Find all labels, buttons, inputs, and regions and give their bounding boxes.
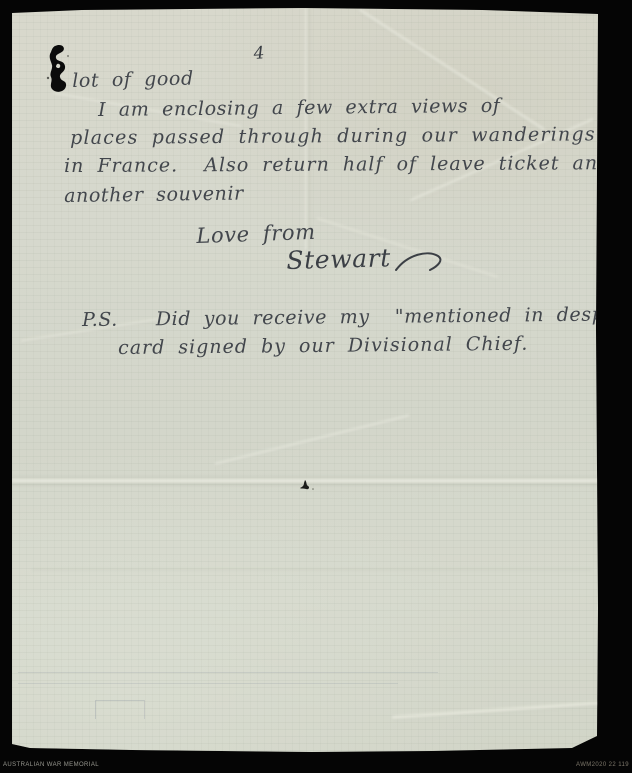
reference-number: AWM2020 22 119 xyxy=(576,762,629,768)
letter-page: 4 lot of good I am enclosing a few extra… xyxy=(12,8,598,752)
letter-closing: Love from xyxy=(196,220,316,248)
signature: Stewart xyxy=(286,243,391,275)
ink-blot xyxy=(42,44,76,101)
archive-watermark: AUSTRALIAN WAR MEMORIAL xyxy=(3,762,99,768)
letter-line: I am enclosing a few extra views of xyxy=(98,95,501,121)
postscript-line: card signed by our Divisional Chief. xyxy=(118,333,528,359)
faint-ruled-line xyxy=(18,672,438,673)
page-number: 4 xyxy=(253,43,266,64)
letter-line: in France. Also return half of leave tic… xyxy=(64,152,611,177)
faint-pencil-mark xyxy=(95,700,145,719)
center-fold-ink-mark xyxy=(298,478,316,497)
letter-line: lot of good xyxy=(72,67,194,92)
scanned-letter-screenshot: { "page": { "page_number": "4" }, "lette… xyxy=(0,0,632,773)
signature-flourish xyxy=(394,250,446,281)
letter-line: places passed through during our wanderi… xyxy=(70,123,596,149)
faint-ruled-line xyxy=(18,683,398,684)
letter-line: another souvenir xyxy=(64,182,244,207)
